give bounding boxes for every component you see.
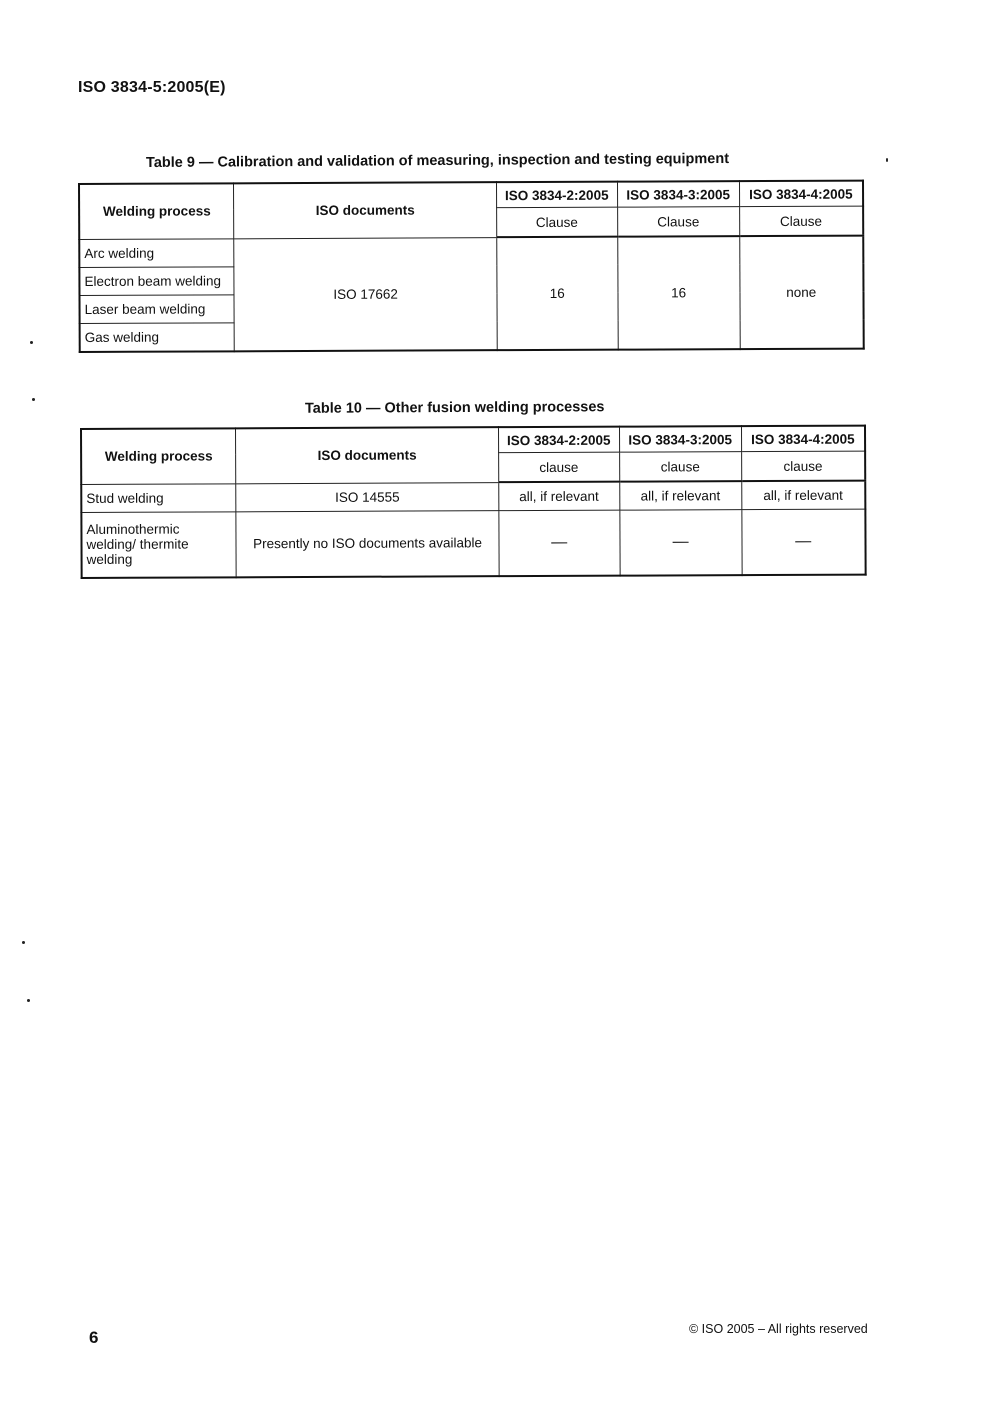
documents-cell: Presently no ISO documents available [236, 510, 499, 577]
col-header-welding-process: Welding process [81, 428, 236, 484]
process-cell: Arc welding [79, 238, 234, 267]
col-header-iso-3834-2: ISO 3834-2:2005 [496, 182, 617, 208]
value-cell: 16 [617, 236, 739, 349]
scan-speck [32, 398, 35, 401]
scan-speck [22, 941, 25, 944]
col-header-iso-documents: ISO documents [236, 427, 499, 483]
value-cell: 16 [497, 237, 618, 350]
table-row: Aluminothermic welding/ thermite welding… [81, 509, 865, 578]
table-10: Welding process ISO documents ISO 3834-2… [80, 425, 867, 579]
col-header-iso-3834-3: ISO 3834-3:2005 [619, 426, 741, 452]
col-header-iso-3834-4: ISO 3834-4:2005 [739, 181, 863, 207]
col-subheader-clause: Clause [496, 207, 617, 237]
value-cell: all, if relevant [619, 481, 741, 510]
scan-speck [27, 999, 30, 1002]
col-subheader-clause: clause [619, 452, 741, 482]
value-cell: all, if relevant [741, 481, 865, 510]
col-subheader-clause: Clause [617, 207, 739, 237]
process-cell: Gas welding [80, 322, 235, 351]
table-9: Welding process ISO documents ISO 3834-2… [78, 180, 865, 353]
value-cell: — [741, 509, 865, 576]
col-header-iso-3834-2: ISO 3834-2:2005 [498, 427, 619, 453]
process-cell: Stud welding [81, 483, 236, 512]
col-header-iso-3834-3: ISO 3834-3:2005 [617, 181, 739, 207]
col-subheader-clause: clause [498, 452, 619, 482]
value-cell: — [620, 509, 742, 576]
col-header-iso-documents: ISO documents [234, 182, 497, 238]
value-cell: — [499, 510, 620, 577]
col-subheader-clause: Clause [739, 206, 863, 236]
col-header-iso-3834-4: ISO 3834-4:2005 [741, 426, 865, 452]
value-cell: none [739, 236, 863, 349]
scan-speck [30, 341, 33, 344]
process-cell: Aluminothermic welding/ thermite welding [81, 511, 236, 578]
copyright-notice: © ISO 2005 – All rights reserved [689, 1322, 868, 1336]
value-cell: all, if relevant [499, 482, 620, 511]
document-id: ISO 3834-5:2005(E) [78, 79, 226, 97]
documents-cell: ISO 17662 [234, 237, 497, 351]
table-row: Stud welding ISO 14555 all, if relevant … [81, 481, 865, 512]
table-row: Arc welding ISO 17662 16 16 none [79, 236, 863, 267]
table-10-caption: Table 10 — Other fusion welding processe… [305, 399, 605, 417]
page-number: 6 [89, 1328, 98, 1348]
col-header-welding-process: Welding process [79, 183, 234, 239]
table-9-caption: Table 9 — Calibration and validation of … [146, 151, 729, 171]
col-subheader-clause: clause [741, 451, 865, 481]
scan-speck [886, 158, 888, 162]
process-cell: Laser beam welding [79, 294, 234, 323]
documents-cell: ISO 14555 [236, 482, 499, 511]
process-cell: Electron beam welding [79, 266, 234, 295]
